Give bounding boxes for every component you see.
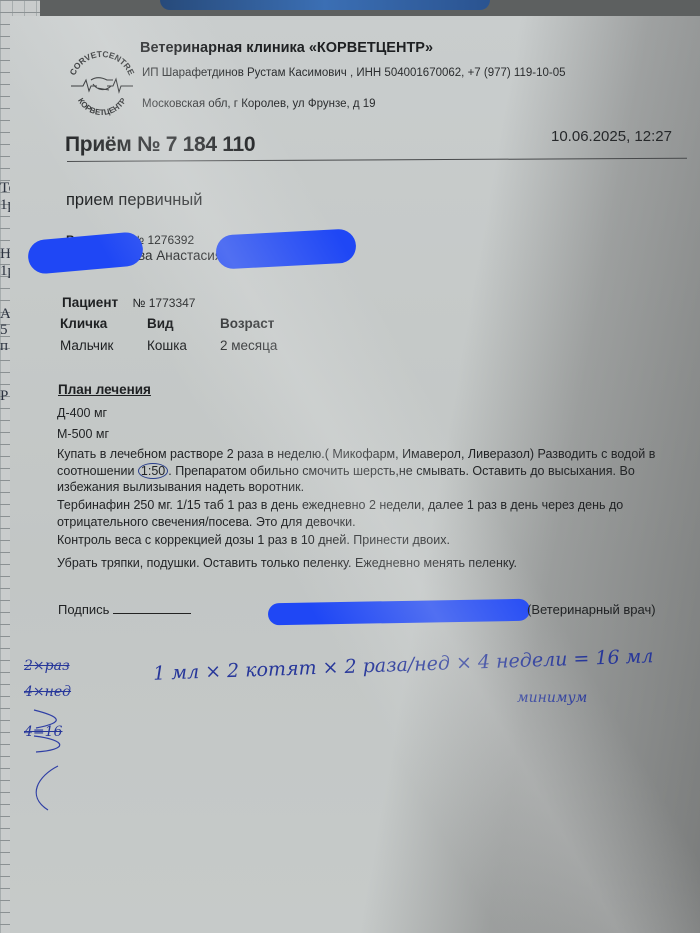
handwritten-crossed-out: 2×раз — [24, 658, 70, 674]
patient-name-value: Мальчик — [60, 338, 113, 353]
patient-species-label: Вид — [147, 316, 174, 331]
plan-weight-control: Контроль веса с коррекцией дозы 1 раз в … — [57, 532, 687, 549]
patient-header: Пациент № 1773347 — [62, 294, 195, 312]
signature-label: Подпись — [58, 602, 109, 617]
clinic-logo: CORVETCENTRE КОРВЕТЦЕНТР — [63, 46, 141, 124]
handwritten-crossed-out: 4×нед — [24, 684, 71, 700]
signature-line — [113, 613, 191, 614]
plan-bathing-instructions: Купать в лечебном растворе 2 раза в неде… — [57, 446, 687, 496]
plan-terbinafine-instructions: Тербинафин 250 мг. 1/15 таб 1 раз в день… — [57, 497, 687, 530]
visit-type: прием первичный — [66, 191, 203, 210]
visit-datetime: 10.06.2025, 12:27 — [551, 128, 672, 145]
vet-name-redaction — [268, 599, 530, 626]
header-divider — [67, 158, 687, 162]
circled-ratio: 1:50 — [138, 463, 168, 479]
background-object — [160, 0, 490, 10]
owner-redaction — [27, 231, 145, 275]
plan-dose-line: Д-400 мг — [57, 406, 107, 420]
handwritten-calculation: 1 мл × 2 котят × 2 раза/нед × 4 недели =… — [153, 645, 654, 684]
clinic-address: Московская обл, г Королев, ул Фрунзе, д … — [142, 98, 376, 110]
patient-name-label: Кличка — [60, 316, 107, 331]
clinic-name: Ветеринарная клиника «КОРВЕТЦЕНТР» — [140, 40, 433, 56]
treatment-plan-title: План лечения — [58, 382, 151, 397]
receipt-paper: CORVETCENTRE КОРВЕТЦЕНТР Ветеринарная кл… — [10, 16, 700, 933]
patient-age-value: 2 месяца — [220, 338, 277, 353]
handshake-heartbeat-icon: CORVETCENTRE КОРВЕТЦЕНТР — [63, 46, 141, 124]
plan-dose-line: М-500 мг — [57, 427, 109, 441]
patient-age-label: Возраст — [220, 316, 274, 331]
patient-number: № 1773347 — [133, 296, 196, 310]
patient-species-value: Кошка — [147, 338, 187, 353]
pen-scribble — [28, 706, 88, 816]
owner-name: ва Анастасия — [138, 248, 222, 263]
svg-text:КОРВЕТЦЕНТР: КОРВЕТЦЕНТР — [76, 96, 128, 117]
plan-bedding-instructions: Убрать тряпки, подушки. Оставить только … — [57, 555, 687, 572]
patient-label: Пациент — [62, 295, 118, 310]
notebook-note: Р — [0, 388, 8, 404]
visit-title: Приём № 7 184 110 — [65, 133, 255, 157]
notebook-note: п — [0, 338, 8, 354]
handwritten-note: минимум — [517, 690, 587, 706]
svg-text:CORVETCENTRE: CORVETCENTRE — [68, 49, 137, 77]
vet-role: (Ветеринарный врач) — [527, 602, 656, 617]
signature-field: Подпись — [58, 602, 191, 617]
clinic-owner-line: ИП Шарафетдинов Рустам Касимович , ИНН 5… — [142, 67, 566, 79]
notebook-note: 5 — [0, 322, 8, 338]
owner-redaction — [215, 228, 357, 269]
